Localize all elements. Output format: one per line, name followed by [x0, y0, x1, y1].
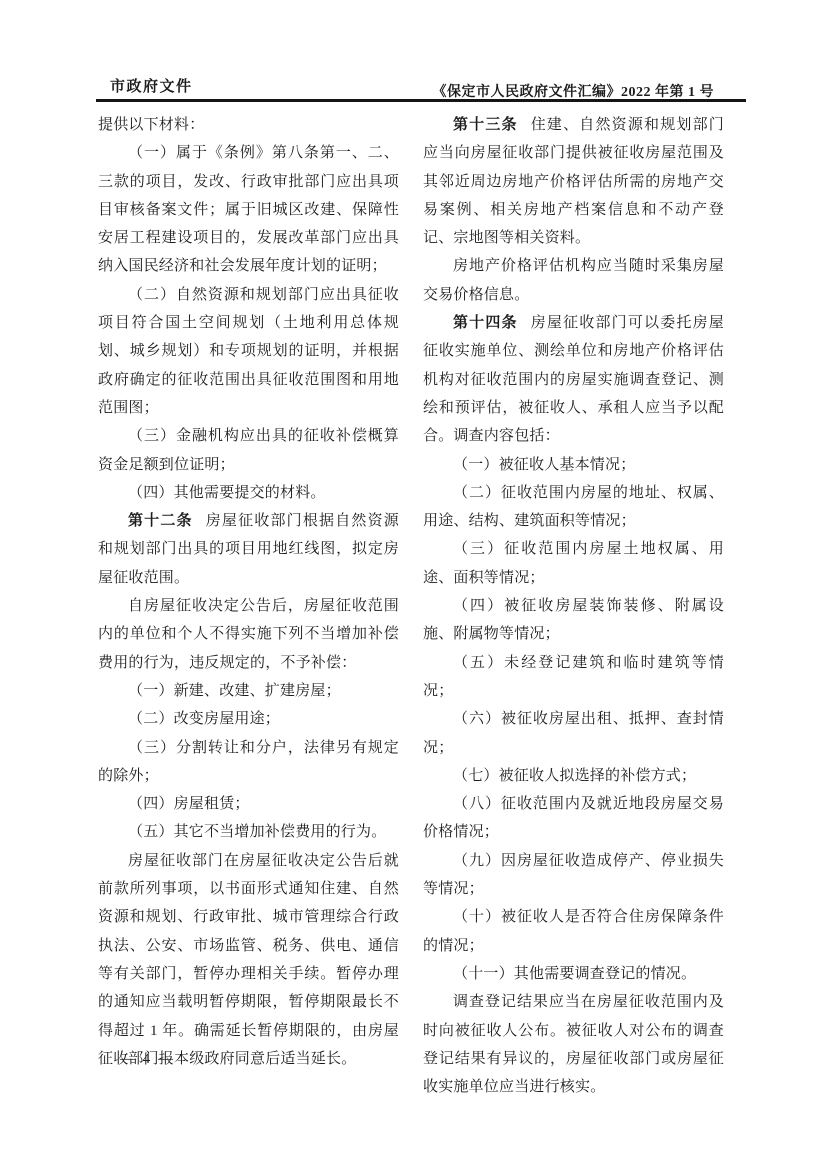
paragraph: （四）被征收房屋装饰装修、附属设施、附属物等情况； — [423, 592, 724, 649]
paragraph: （八）征收范围内及就近地段房屋交易价格情况； — [423, 790, 724, 847]
paragraph: （五）未经登记建筑和临时建筑等情况； — [423, 649, 724, 706]
paragraph: （六）被征收房屋出租、抵押、查封情况； — [423, 705, 724, 762]
paragraph: （三）金融机构应出具的征收补偿概算资金足额到位证明； — [98, 422, 399, 479]
paragraph: 房屋征收部门在房屋征收决定公告后就前款所列事项，以书面形式通知住建、自然资源和规… — [98, 847, 399, 1073]
header-rule — [96, 99, 746, 102]
right-text-column: 第十三条住建、自然资源和规划部门应当向房屋征收部门提供被征收房屋范围及其邻近周边… — [423, 111, 724, 1101]
paragraph: （二）征收范围内房屋的地址、权属、用途、结构、建筑面积等情况； — [423, 479, 724, 536]
paragraph: （三）征收范围内房屋土地权属、用途、面积等情况； — [423, 535, 724, 592]
paragraph: （二）自然资源和规划部门应出具征收项目符合国土空间规划（土地利用总体规划、城乡规… — [98, 281, 399, 422]
paragraph: （一）新建、改建、扩建房屋； — [98, 677, 399, 705]
page-number: — 4 — — [120, 1051, 175, 1068]
article-number: 第十四条 — [453, 315, 518, 331]
paragraph: 第十四条房屋征收部门可以委托房屋征收实施单位、测绘单位和房地产价格评估机构对征收… — [423, 309, 724, 450]
left-text-column: 提供以下材料：（一）属于《条例》第八条第一、二、三款的项目，发改、行政审批部门应… — [98, 111, 399, 1073]
paragraph: （四）房屋租赁； — [98, 790, 399, 818]
paragraph: （三）分割转让和分户，法律另有规定的除外； — [98, 734, 399, 791]
paragraph: 第十三条住建、自然资源和规划部门应当向房屋征收部门提供被征收房屋范围及其邻近周边… — [423, 111, 724, 252]
article-number: 第十三条 — [453, 117, 518, 133]
paragraph: （七）被征收人拟选择的补偿方式； — [423, 762, 724, 790]
paragraph-text: 房屋征收部门可以委托房屋征收实施单位、测绘单位和房地产价格评估机构对征收范围内的… — [423, 315, 724, 444]
paragraph: （十）被征收人是否符合住房保障条件的情况； — [423, 903, 724, 960]
document-page: 市政府文件 《保定市人民政府文件汇编》2022 年第 1 号 提供以下材料：（一… — [0, 0, 816, 1159]
paragraph: （五）其它不当增加补偿费用的行为。 — [98, 818, 399, 846]
article-number: 第十二条 — [128, 513, 193, 529]
paragraph: 第十二条房屋征收部门根据自然资源和规划部门出具的项目用地红线图，拟定房屋征收范围… — [98, 507, 399, 592]
paragraph: （一）被征收人基本情况； — [423, 451, 724, 479]
paragraph-text: 住建、自然资源和规划部门应当向房屋征收部门提供被征收房屋范围及其邻近周边房地产价… — [423, 117, 724, 246]
paragraph: （二）改变房屋用途； — [98, 705, 399, 733]
paragraph: （十一）其他需要调查登记的情况。 — [423, 960, 724, 988]
paragraph: 调查登记结果应当在房屋征收范围内及时向被征收人公布。被征收人对公布的调查登记结果… — [423, 988, 724, 1101]
header-doc-category: 市政府文件 — [110, 75, 193, 96]
paragraph: （九）因房屋征收造成停产、停业损失等情况； — [423, 847, 724, 904]
paragraph: 提供以下材料： — [98, 111, 399, 139]
paragraph: （一）属于《条例》第八条第一、二、三款的项目，发改、行政审批部门应出具项目审核备… — [98, 139, 399, 280]
paragraph: 自房屋征收决定公告后，房屋征收范围内的单位和个人不得实施下列不当增加补偿费用的行… — [98, 592, 399, 677]
paragraph: 房地产价格评估机构应当随时采集房屋交易价格信息。 — [423, 252, 724, 309]
header-publication-title: 《保定市人民政府文件汇编》2022 年第 1 号 — [433, 81, 715, 101]
paragraph: （四）其他需要提交的材料。 — [98, 479, 399, 507]
